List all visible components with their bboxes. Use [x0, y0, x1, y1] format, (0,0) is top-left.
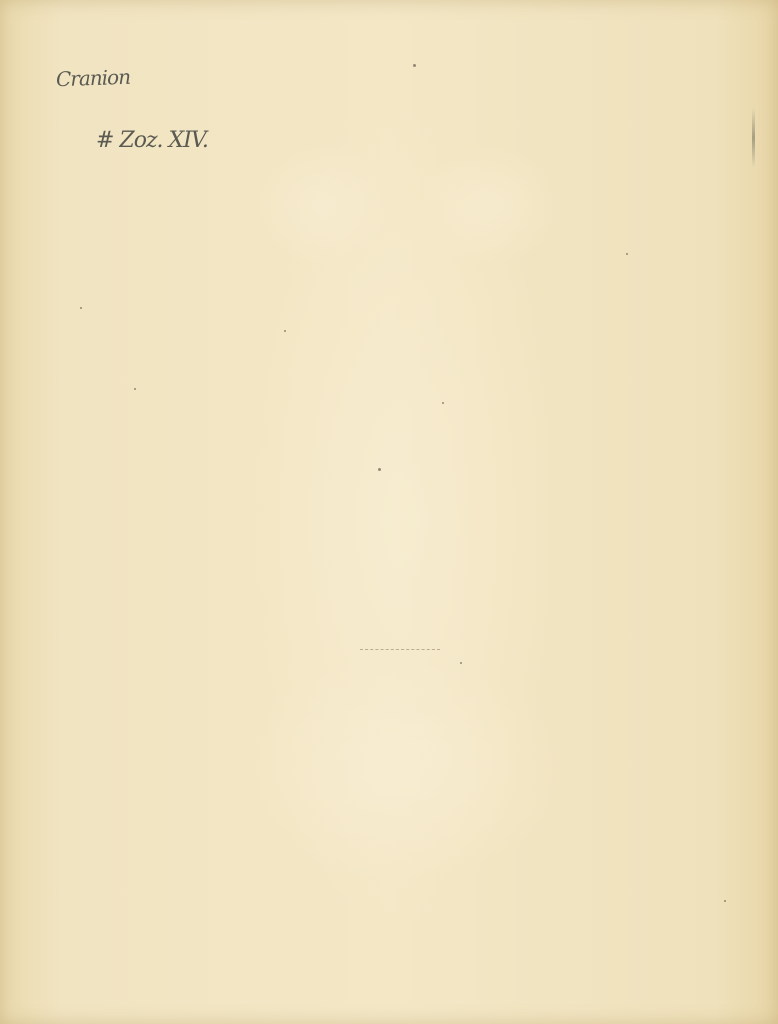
paper-speck	[724, 900, 726, 902]
handwritten-note-line2: # Zoz. XIV.	[96, 128, 208, 153]
paper-speck	[80, 307, 82, 309]
paper-speck	[442, 402, 444, 404]
paper-page: Cranion # Zoz. XIV.	[0, 0, 778, 1024]
paper-speck	[284, 330, 286, 332]
paper-speck	[413, 64, 416, 67]
paper-speck	[460, 662, 462, 664]
page-edge-shadow	[0, 0, 778, 1024]
faint-bleed-through-line	[360, 649, 440, 651]
paper-speck	[378, 468, 381, 471]
handwritten-note-line1: Cranion	[56, 65, 131, 92]
paper-speck	[626, 253, 628, 255]
margin-pencil-mark	[752, 108, 755, 168]
paper-speck	[134, 388, 136, 390]
